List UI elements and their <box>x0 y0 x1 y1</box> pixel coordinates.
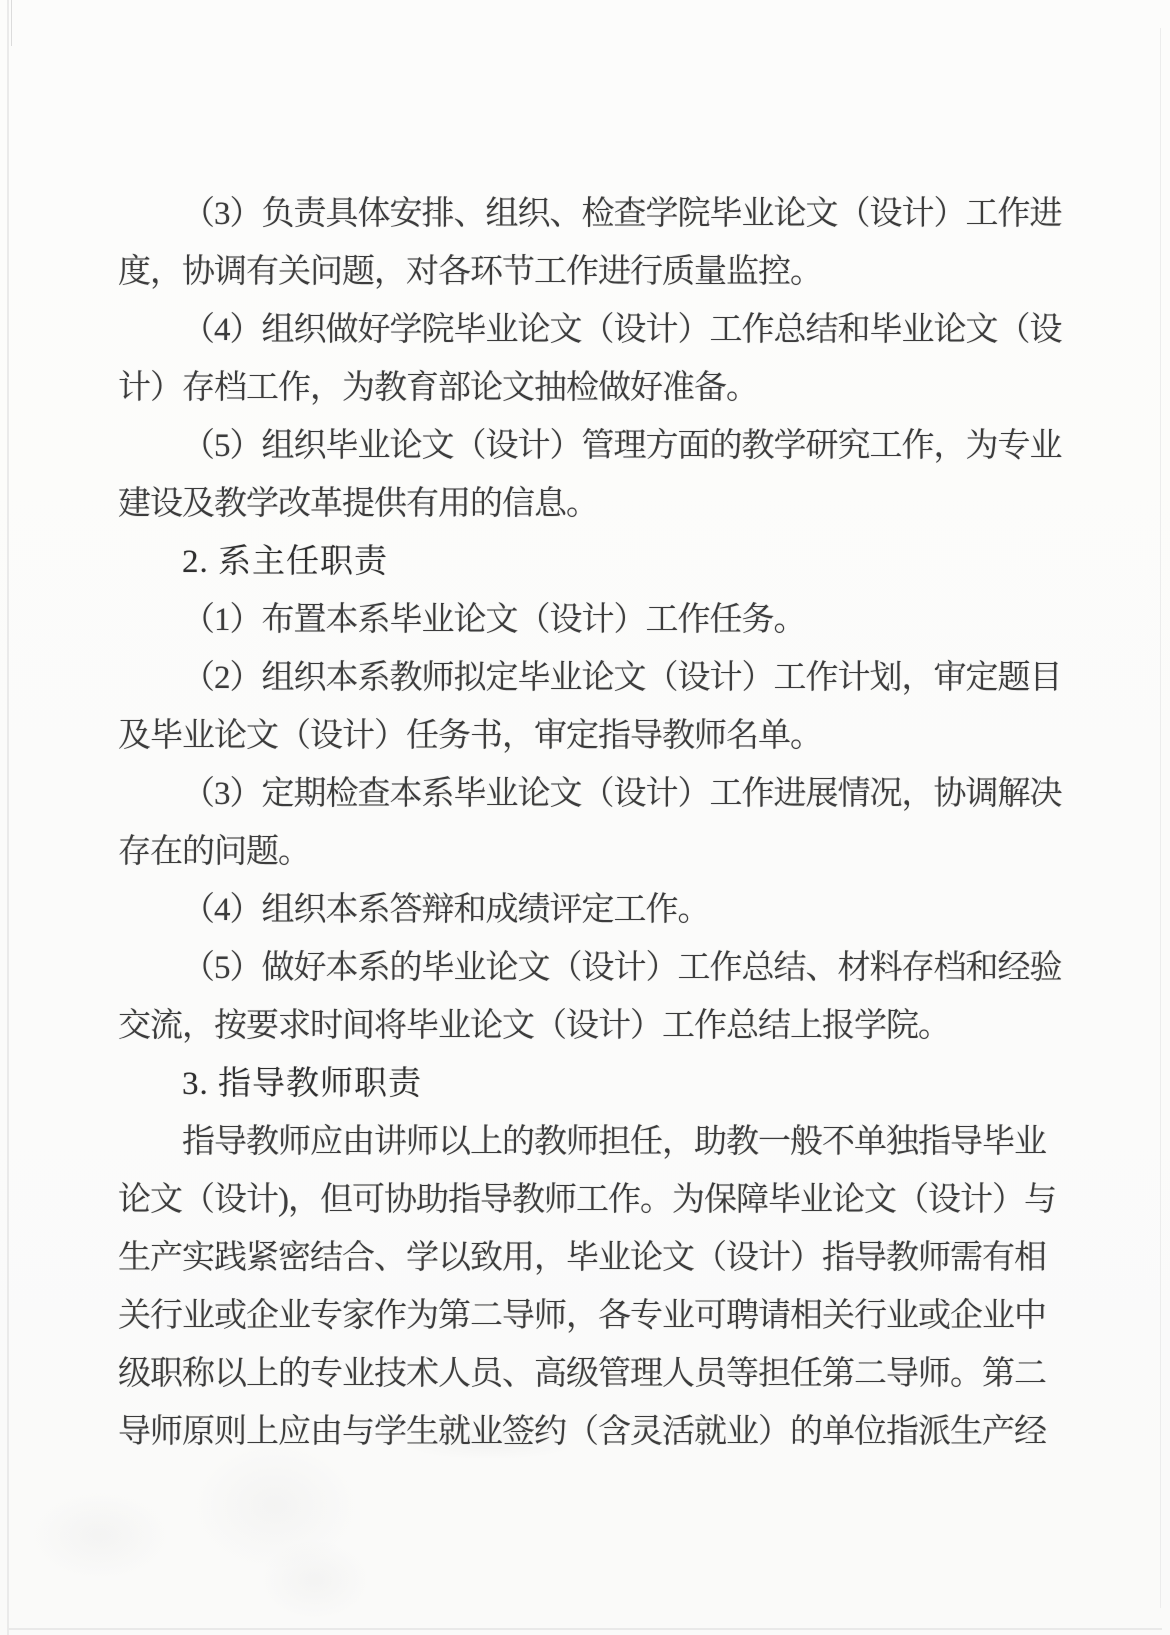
section-heading-line: 3. 指导教师职责 <box>118 1055 1078 1113</box>
text-line: （4）组织做好学院毕业论文（设计）工作总结和毕业论文（设 <box>118 301 1078 359</box>
scan-edge-left-top-line <box>11 0 12 46</box>
text-line: 存在的问题。 <box>118 823 1078 881</box>
scan-smudge <box>260 1540 370 1620</box>
text-line: 建设及教学改革提供有用的信息。 <box>118 475 1078 533</box>
text-line: （1）布置本系毕业论文（设计）工作任务。 <box>118 591 1078 649</box>
text-line: 交流，按要求时间将毕业论文（设计）工作总结上报学院。 <box>118 997 1078 1055</box>
text-line: （4）组织本系答辩和成绩评定工作。 <box>118 881 1078 939</box>
text-line: 及毕业论文（设计）任务书，审定指导教师名单。 <box>118 707 1078 765</box>
text-line: 度，协调有关问题，对各环节工作进行质量监控。 <box>118 243 1078 301</box>
text-line: 生产实践紧密结合、学以致用，毕业论文（设计）指导教师需有相 <box>118 1229 1078 1287</box>
text-line: 指导教师应由讲师以上的教师担任，助教一般不单独指导毕业 <box>118 1113 1078 1171</box>
text-line: 导师原则上应由与学生就业签约（含灵活就业）的单位指派生产经 <box>118 1403 1078 1461</box>
scan-smudge <box>30 1490 170 1580</box>
document-text-block: （3）负责具体安排、组织、检查学院毕业论文（设计）工作进度，协调有关问题，对各环… <box>118 185 1078 1461</box>
text-line: （2）组织本系教师拟定毕业论文（设计）工作计划，审定题目 <box>118 649 1078 707</box>
text-line: 级职称以上的专业技术人员、高级管理人员等担任第二导师。第二 <box>118 1345 1078 1403</box>
scanned-document-page: （3）负责具体安排、组织、检查学院毕业论文（设计）工作进度，协调有关问题，对各环… <box>0 0 1170 1635</box>
text-line: （5）组织毕业论文（设计）管理方面的教学研究工作，为专业 <box>118 417 1078 475</box>
text-line: 计）存档工作，为教育部论文抽检做好准备。 <box>118 359 1078 417</box>
scan-edge-left-line <box>7 0 9 1635</box>
section-heading-line: 2. 系主任职责 <box>118 533 1078 591</box>
text-line: （3）定期检查本系毕业论文（设计）工作进展情况，协调解决 <box>118 765 1078 823</box>
scan-edge-bottom-line <box>8 1628 1162 1630</box>
text-line: （3）负责具体安排、组织、检查学院毕业论文（设计）工作进 <box>118 185 1078 243</box>
text-line: （5）做好本系的毕业论文（设计）工作总结、材料存档和经验 <box>118 939 1078 997</box>
scan-edge-right-line <box>1160 28 1161 1608</box>
text-line: 论文（设计)，但可协助指导教师工作。为保障毕业论文（设计）与 <box>118 1171 1078 1229</box>
text-line: 关行业或企业专家作为第二导师，各专业可聘请相关行业或企业中 <box>118 1287 1078 1345</box>
